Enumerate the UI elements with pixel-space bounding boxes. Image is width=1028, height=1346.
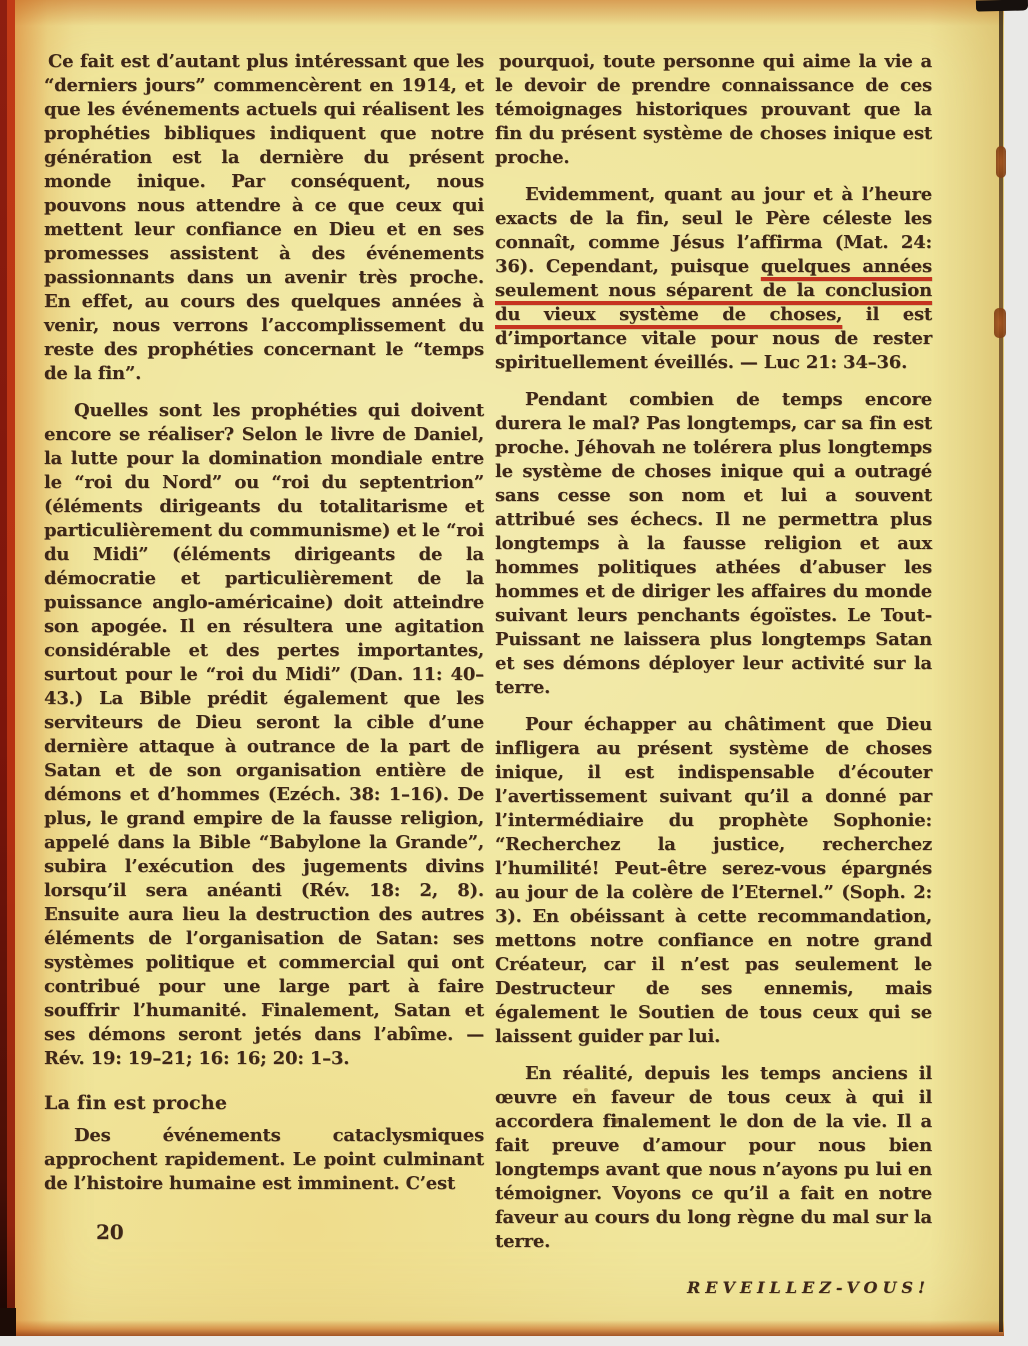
page-number: 20 — [96, 1220, 484, 1244]
body-paragraph: Des événements cataclysmiques approchent… — [44, 1124, 484, 1196]
spine-red-strip — [7, 0, 15, 1332]
body-paragraph: En réalité, depuis les temps anciens il … — [495, 1062, 932, 1254]
staple-rust-mark — [996, 146, 1006, 178]
page-edge-line — [999, 10, 1003, 1332]
body-paragraph: Ce fait est d’autant plus intéressant qu… — [44, 50, 484, 386]
right-column: pourquoi, toute personne qui aime la vie… — [495, 50, 932, 1300]
page-edge-shadow-right — [930, 0, 1004, 1336]
page-edge-shadow-top — [0, 0, 1004, 26]
body-paragraph: Pendant combien de temps encore durera l… — [495, 388, 932, 700]
body-paragraph: Quelles sont les prophéties qui doivent … — [44, 399, 484, 1071]
page-edge-shadow-bottom — [0, 1320, 1004, 1336]
scanner-background-bottom — [0, 1336, 1028, 1346]
corner-mark — [976, 0, 1028, 12]
body-paragraph: Evidemment, quant au jour et à l’heure e… — [495, 183, 932, 375]
body-paragraph: pourquoi, toute personne qui aime la vie… — [495, 50, 932, 170]
left-column: Ce fait est d’autant plus intéressant qu… — [44, 50, 484, 1244]
scanner-background-right — [1004, 0, 1028, 1346]
spine-dark-strip — [0, 0, 7, 1336]
journal-title: REVEILLEZ-VOUS! — [495, 1276, 932, 1300]
scanned-page: Ce fait est d’autant plus intéressant qu… — [0, 0, 1028, 1346]
section-heading: La fin est proche — [44, 1091, 484, 1115]
staple-rust-mark — [994, 308, 1006, 338]
body-paragraph: Pour échapper au châtiment que Dieu infl… — [495, 713, 932, 1049]
